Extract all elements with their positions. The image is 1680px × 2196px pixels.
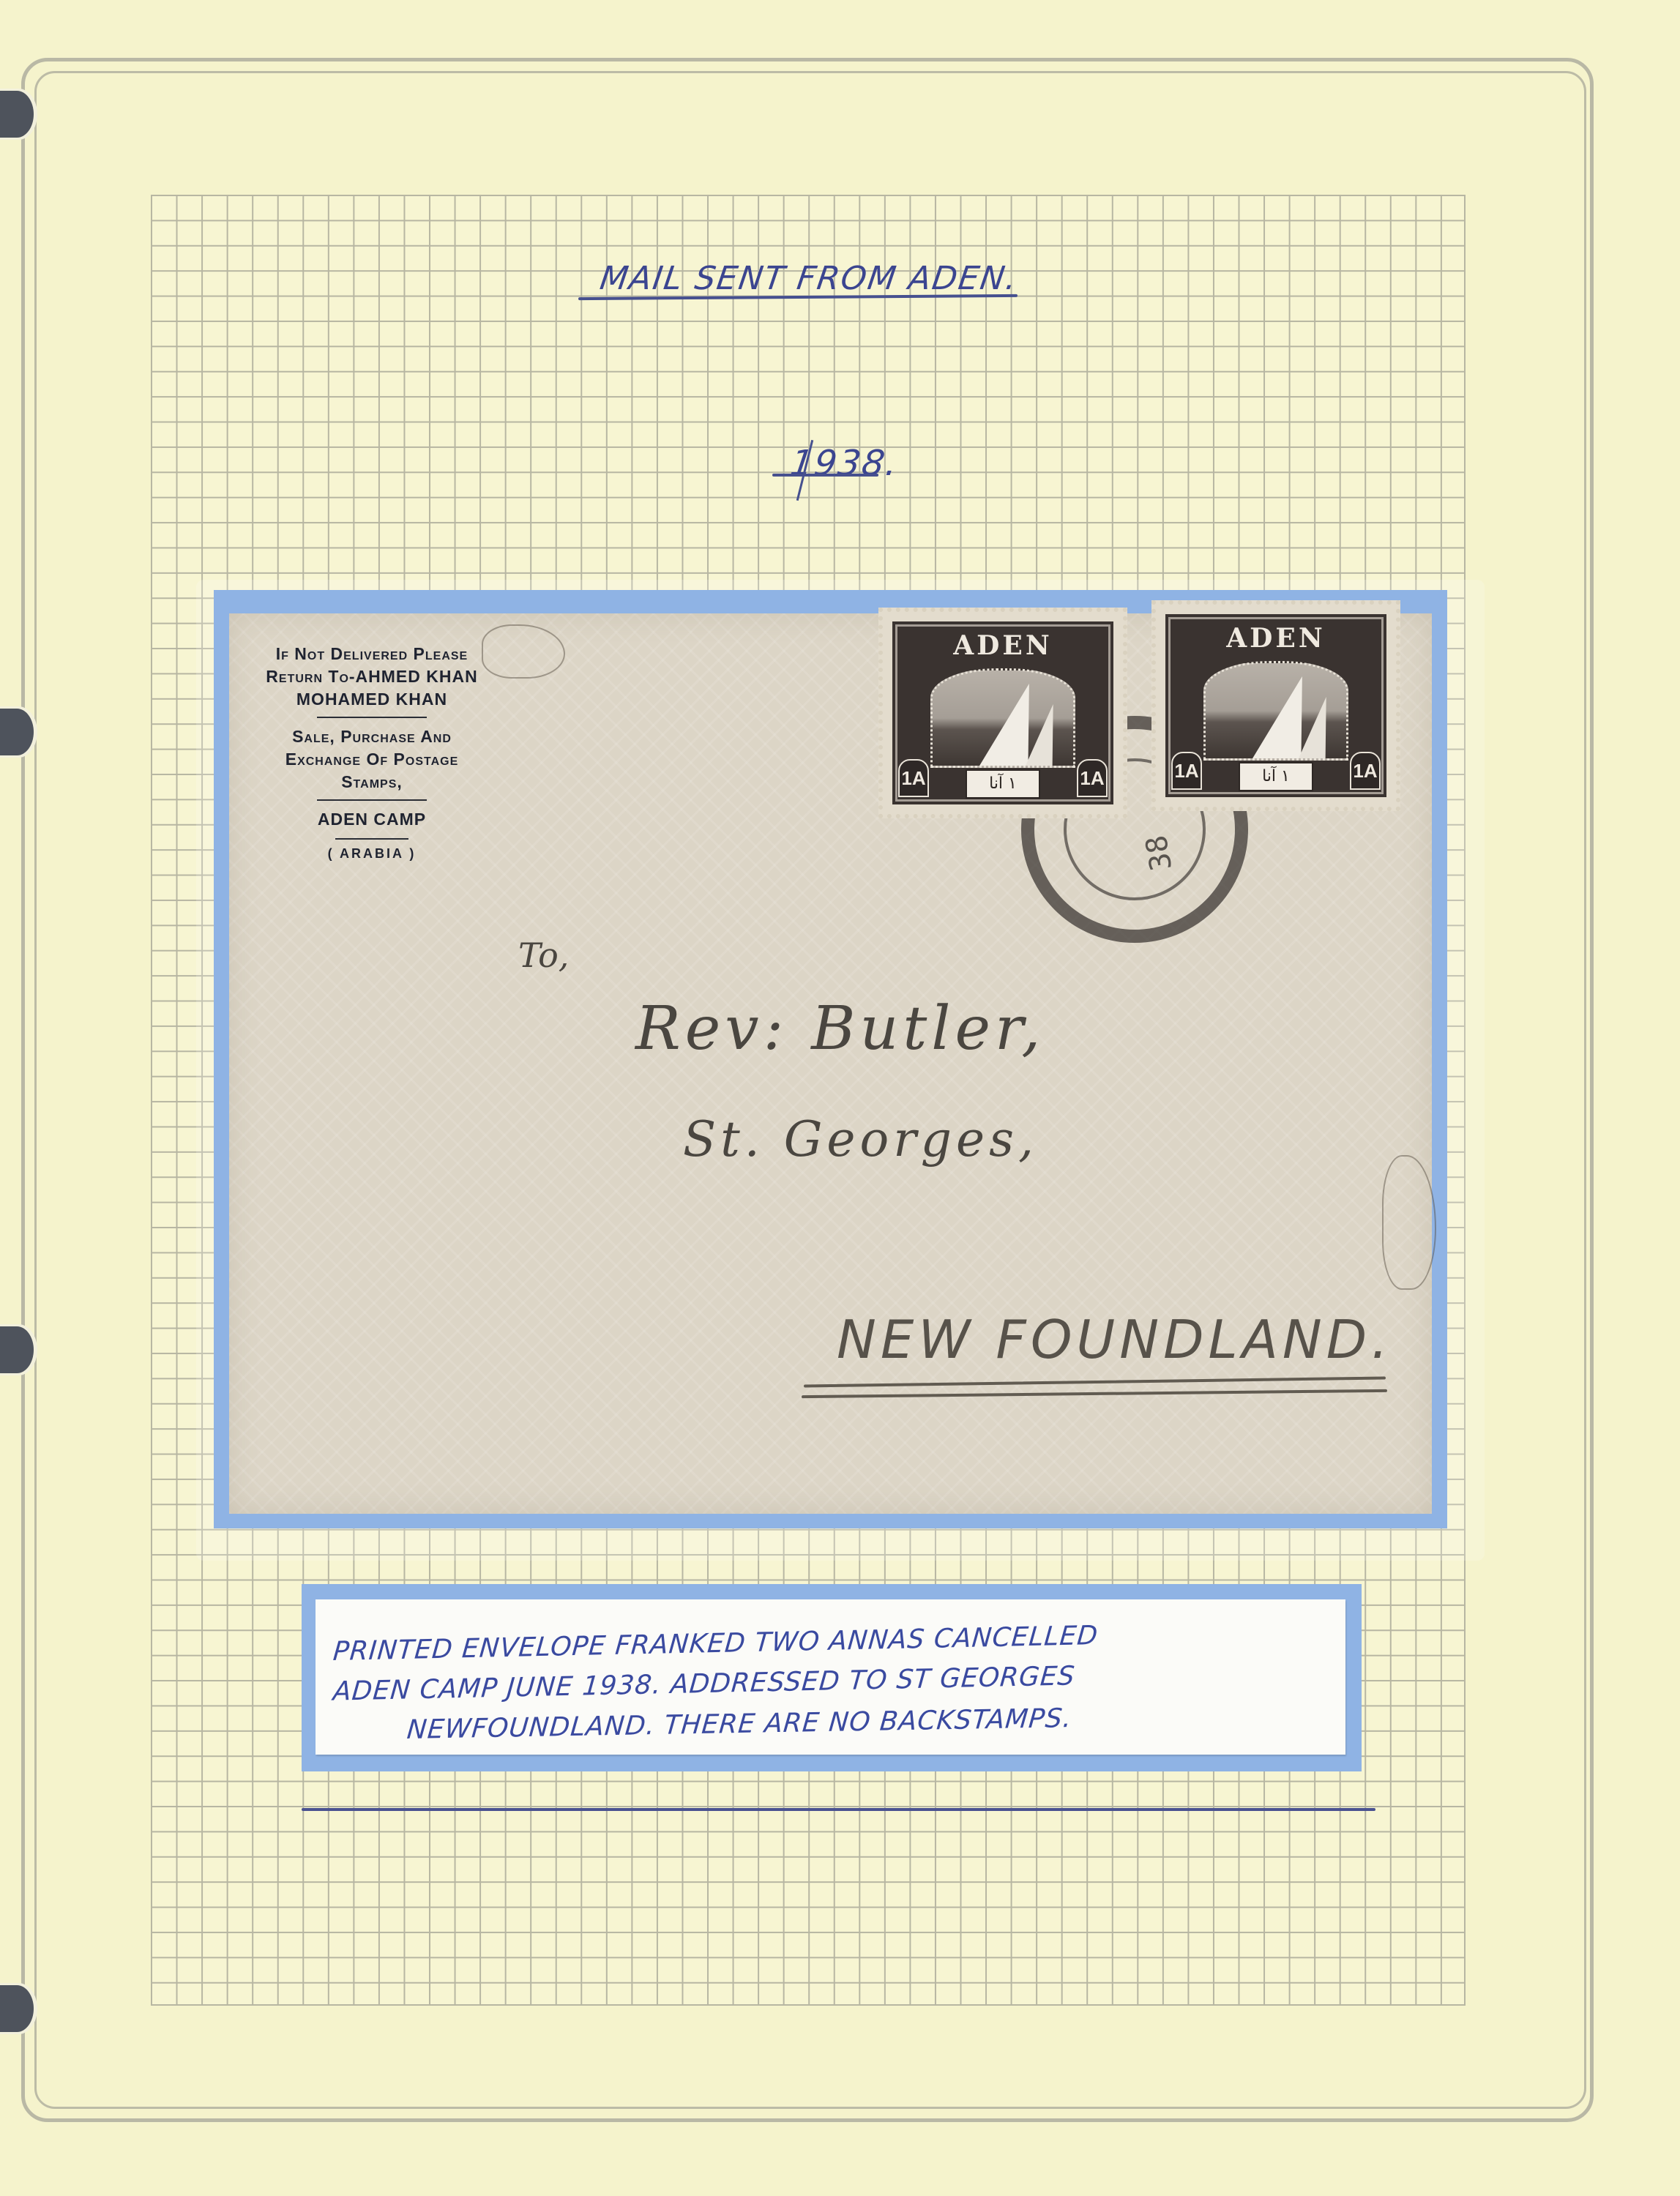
return-line: ( ARABIA ) <box>236 843 507 865</box>
return-line: Stamps, <box>236 771 507 793</box>
bottom-rule <box>302 1808 1375 1811</box>
address-name: Rev: Butler, <box>635 994 1045 1064</box>
postmark-date: 38 <box>1140 833 1179 873</box>
divider <box>335 838 408 840</box>
caption-line: PRINTED ENVELOPE FRANKED TWO ANNAS CANCE… <box>332 1621 1099 1667</box>
envelope-tear <box>1382 1155 1436 1290</box>
stamp-value: 1A <box>1171 752 1202 790</box>
caption-card: PRINTED ENVELOPE FRANKED TWO ANNAS CANCE… <box>316 1599 1345 1755</box>
binder-hole <box>0 91 34 138</box>
stamp-design: ADEN 1A ١ آنا 1A <box>892 621 1113 804</box>
stamp-native-value: ١ آنا <box>1239 762 1313 791</box>
stamp-value: 1A <box>898 759 929 797</box>
stamp-native-value: ١ آنا <box>966 769 1040 799</box>
address-salutation: To, <box>518 935 569 975</box>
stamp-value: 1A <box>1077 759 1108 797</box>
envelope-tear <box>482 624 565 679</box>
divider <box>317 799 427 801</box>
return-line: ADEN CAMP <box>236 808 507 831</box>
envelope: If Not Delivered Please Return To-AHMED … <box>229 613 1432 1514</box>
return-line: If Not Delivered Please <box>236 643 507 665</box>
caption-line: NEWFOUNDLAND. THERE ARE NO BACKSTAMPS. <box>406 1703 1073 1745</box>
printed-return-address: If Not Delivered Please Return To-AHMED … <box>236 643 507 865</box>
year-underline <box>772 474 878 477</box>
binder-hole <box>0 1326 34 1373</box>
return-line: Exchange Of Postage <box>236 748 507 771</box>
page-title: MAIL SENT FROM ADEN. <box>597 260 1020 297</box>
dhow-vignette <box>1203 661 1348 761</box>
country-underline <box>804 1376 1386 1387</box>
return-line: Return To-AHMED KHAN <box>236 665 507 688</box>
binder-hole <box>0 709 34 755</box>
country-underline <box>802 1389 1387 1398</box>
return-line: Sale, Purchase And <box>236 725 507 748</box>
stamp-design: ADEN 1A ١ آنا 1A <box>1165 614 1386 797</box>
binder-hole <box>0 1985 34 2032</box>
stamp: ADEN 1A ١ آنا 1A <box>1151 600 1400 811</box>
divider <box>317 717 427 718</box>
caption-mount: PRINTED ENVELOPE FRANKED TWO ANNAS CANCE… <box>302 1584 1362 1771</box>
stamp: ADEN 1A ١ آنا 1A <box>878 608 1127 818</box>
stamp-country: ADEN <box>1165 623 1386 654</box>
caption-line: ADEN CAMP JUNE 1938. ADDRESSED TO ST GEO… <box>332 1661 1076 1706</box>
stamp-country: ADEN <box>892 630 1113 661</box>
stamp-value: 1A <box>1350 752 1381 790</box>
address-country: NEW FOUNDLAND. <box>837 1309 1392 1370</box>
address-street: St. Georges, <box>683 1111 1038 1168</box>
return-line: MOHAMED KHAN <box>236 688 507 711</box>
dhow-vignette <box>930 668 1075 768</box>
